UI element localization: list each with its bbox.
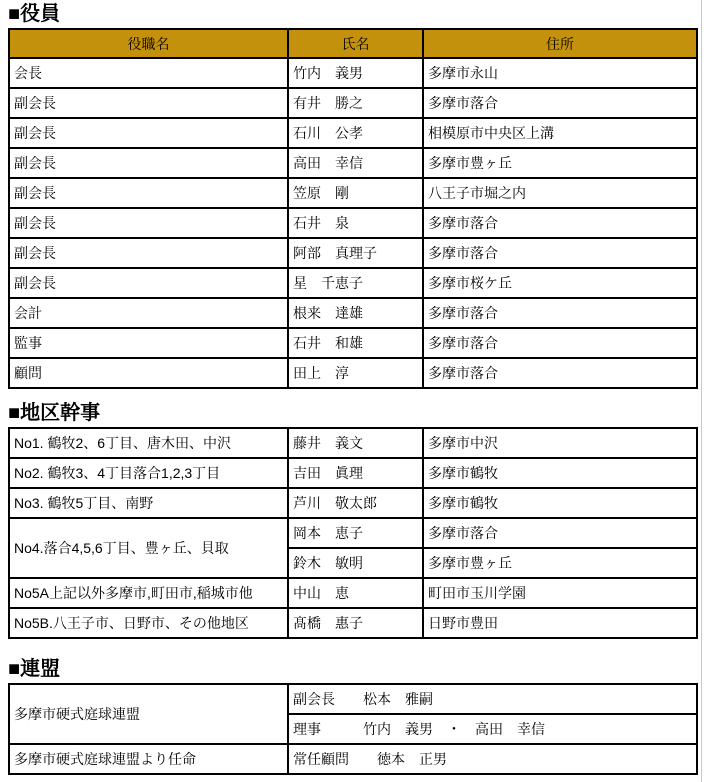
role-cell: 副会長: [9, 208, 288, 238]
table-row: 多摩市硬式庭球連盟より任命 常任顧問 徳本 正男: [9, 744, 697, 774]
address-cell: 日野市豊田: [423, 608, 697, 638]
address-cell: 多摩市落合: [423, 208, 697, 238]
role-cell: 監事: [9, 328, 288, 358]
table-row: 副会長 有井 勝之 多摩市落合: [9, 88, 697, 118]
name-cell: 芦川 敬太郎: [288, 488, 423, 518]
role-cell: 副会長: [9, 238, 288, 268]
address-cell: 八王子市堀之内: [423, 178, 697, 208]
table-row: 多摩市硬式庭球連盟 副会長 松本 雅嗣: [9, 684, 697, 714]
officers-table: 役職名 氏名 住所 会長 竹内 義男 多摩市永山 副会長 有井 勝之 多摩市落合…: [8, 28, 698, 389]
name-cell: 星 千恵子: [288, 268, 423, 298]
league-entry-cell: 常任顧問 徳本 正男: [288, 744, 697, 774]
name-cell: 中山 恵: [288, 578, 423, 608]
league-org-cell: 多摩市硬式庭球連盟: [9, 684, 288, 744]
address-cell: 多摩市落合: [423, 88, 697, 118]
role-cell: 副会長: [9, 148, 288, 178]
district-area-cell: No5A上記以外多摩市,町田市,稲城市他: [9, 578, 288, 608]
column-header-name: 氏名: [288, 29, 423, 58]
address-cell: 多摩市豊ヶ丘: [423, 148, 697, 178]
name-cell: 有井 勝之: [288, 88, 423, 118]
address-cell: 多摩市落合: [423, 328, 697, 358]
address-cell: 多摩市桜ケ丘: [423, 268, 697, 298]
name-cell: 根来 達雄: [288, 298, 423, 328]
name-cell: 高田 幸信: [288, 148, 423, 178]
table-row: 副会長 石井 泉 多摩市落合: [9, 208, 697, 238]
table-row: No1. 鶴牧2、6丁目、唐木田、中沢 藤井 義文 多摩市中沢: [9, 428, 697, 458]
address-cell: 多摩市中沢: [423, 428, 697, 458]
column-header-role: 役職名: [9, 29, 288, 58]
table-row: 顧問 田上 淳 多摩市落合: [9, 358, 697, 388]
officers-section-title: ■役員: [8, 2, 704, 27]
district-area-cell: No2. 鶴牧3、4丁目落合1,2,3丁目: [9, 458, 288, 488]
name-cell: 髙橋 惠子: [288, 608, 423, 638]
name-cell: 岡本 恵子: [288, 518, 423, 548]
role-cell: 副会長: [9, 178, 288, 208]
table-row: No4.落合4,5,6丁目、豊ヶ丘、貝取 岡本 恵子 多摩市落合: [9, 518, 697, 548]
address-cell: 多摩市鶴牧: [423, 458, 697, 488]
name-cell: 石井 泉: [288, 208, 423, 238]
table-row: No2. 鶴牧3、4丁目落合1,2,3丁目 吉田 眞理 多摩市鶴牧: [9, 458, 697, 488]
role-cell: 副会長: [9, 268, 288, 298]
role-cell: 副会長: [9, 88, 288, 118]
league-entry-cell: 理事 竹内 義男 ・ 高田 幸信: [288, 714, 697, 744]
name-cell: 田上 淳: [288, 358, 423, 388]
address-cell: 多摩市鶴牧: [423, 488, 697, 518]
table-row: 副会長 星 千恵子 多摩市桜ケ丘: [9, 268, 697, 298]
table-row: 副会長 笠原 剛 八王子市堀之内: [9, 178, 697, 208]
sheet: ■役員 役職名 氏名 住所 会長 竹内 義男 多摩市永山 副会長 有井 勝之 多…: [0, 0, 704, 775]
name-cell: 鈴木 敏明: [288, 548, 423, 578]
district-area-cell: No4.落合4,5,6丁目、豊ヶ丘、貝取: [9, 518, 288, 578]
address-cell: 町田市玉川学園: [423, 578, 697, 608]
table-row: No3. 鶴牧5丁目、南野 芦川 敬太郎 多摩市鶴牧: [9, 488, 697, 518]
table-row: 監事 石井 和雄 多摩市落合: [9, 328, 697, 358]
address-cell: 多摩市永山: [423, 58, 697, 88]
role-cell: 会長: [9, 58, 288, 88]
role-cell: 会計: [9, 298, 288, 328]
league-table: 多摩市硬式庭球連盟 副会長 松本 雅嗣 理事 竹内 義男 ・ 高田 幸信 多摩市…: [8, 683, 698, 775]
officers-header-row: 役職名 氏名 住所: [9, 29, 697, 58]
league-section-title: ■連盟: [8, 657, 704, 682]
name-cell: 竹内 義男: [288, 58, 423, 88]
address-cell: 多摩市落合: [423, 518, 697, 548]
district-area-cell: No1. 鶴牧2、6丁目、唐木田、中沢: [9, 428, 288, 458]
role-cell: 副会長: [9, 118, 288, 148]
name-cell: 阿部 真理子: [288, 238, 423, 268]
address-cell: 多摩市豊ヶ丘: [423, 548, 697, 578]
name-cell: 笠原 剛: [288, 178, 423, 208]
district-section-title: ■地区幹事: [8, 401, 704, 426]
district-area-cell: No5B.八王子市、日野市、その他地区: [9, 608, 288, 638]
name-cell: 吉田 眞理: [288, 458, 423, 488]
table-row: 会計 根来 達雄 多摩市落合: [9, 298, 697, 328]
address-cell: 多摩市落合: [423, 238, 697, 268]
column-header-address: 住所: [423, 29, 697, 58]
table-row: 会長 竹内 義男 多摩市永山: [9, 58, 697, 88]
league-entry-cell: 副会長 松本 雅嗣: [288, 684, 697, 714]
name-cell: 藤井 義文: [288, 428, 423, 458]
district-area-cell: No3. 鶴牧5丁目、南野: [9, 488, 288, 518]
address-cell: 多摩市落合: [423, 358, 697, 388]
table-row: No5B.八王子市、日野市、その他地区 髙橋 惠子 日野市豊田: [9, 608, 697, 638]
district-table: No1. 鶴牧2、6丁目、唐木田、中沢 藤井 義文 多摩市中沢 No2. 鶴牧3…: [8, 427, 698, 639]
address-cell: 多摩市落合: [423, 298, 697, 328]
sheet-gridline: [701, 0, 702, 782]
name-cell: 石井 和雄: [288, 328, 423, 358]
table-row: 副会長 高田 幸信 多摩市豊ヶ丘: [9, 148, 697, 178]
address-cell: 相模原市中央区上溝: [423, 118, 697, 148]
table-row: No5A上記以外多摩市,町田市,稲城市他 中山 恵 町田市玉川学園: [9, 578, 697, 608]
table-row: 副会長 阿部 真理子 多摩市落合: [9, 238, 697, 268]
role-cell: 顧問: [9, 358, 288, 388]
name-cell: 石川 公孝: [288, 118, 423, 148]
table-row: 副会長 石川 公孝 相模原市中央区上溝: [9, 118, 697, 148]
league-org-cell: 多摩市硬式庭球連盟より任命: [9, 744, 288, 774]
